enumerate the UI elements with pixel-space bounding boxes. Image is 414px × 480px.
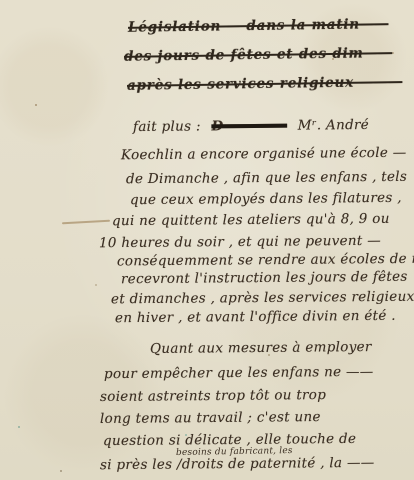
manuscript-line: soient astreints trop tôt ou trop [100, 387, 326, 405]
manuscript-line: et dimanches , après les services religi… [111, 289, 414, 308]
manuscript-line: de Dimanche , afin que les enfans , tels [126, 169, 407, 187]
manuscript-line: que ceux employés dans les filatures , [130, 190, 402, 208]
manuscript-line: Quant aux mesures à employer [150, 339, 372, 357]
manuscript-page: Législation — dans la matin—— des jours … [0, 0, 414, 480]
opening-prefix: fait plus : [133, 118, 201, 135]
manuscript-line: conséquemment se rendre aux écoles de nu… [117, 251, 414, 270]
manuscript-line: pour empêcher que les enfans ne —— [104, 364, 374, 382]
paper-speckles [35, 104, 37, 106]
manuscript-line-opening: fait plus : D———— Mʳ. André [133, 117, 369, 135]
manuscript-line: qui ne quittent les ateliers qu'à 8, 9 o… [112, 211, 390, 229]
opening-suffix: Mʳ. André [298, 117, 369, 134]
manuscript-line: long tems au travail ; c'est une [100, 409, 321, 427]
manuscript-line: Koechlin a encore organisé une école — [121, 145, 407, 163]
struck-word: D———— [211, 118, 287, 135]
manuscript-line: si près les ∕droits de paternité , la —— [100, 455, 375, 473]
manuscript-line: en hiver , et avant l'office divin en ét… [115, 308, 396, 326]
manuscript-line: 10 heures du soir , et qui ne peuvent — [99, 233, 381, 251]
manuscript-line: recevront l'instruction les jours de fêt… [121, 269, 408, 288]
